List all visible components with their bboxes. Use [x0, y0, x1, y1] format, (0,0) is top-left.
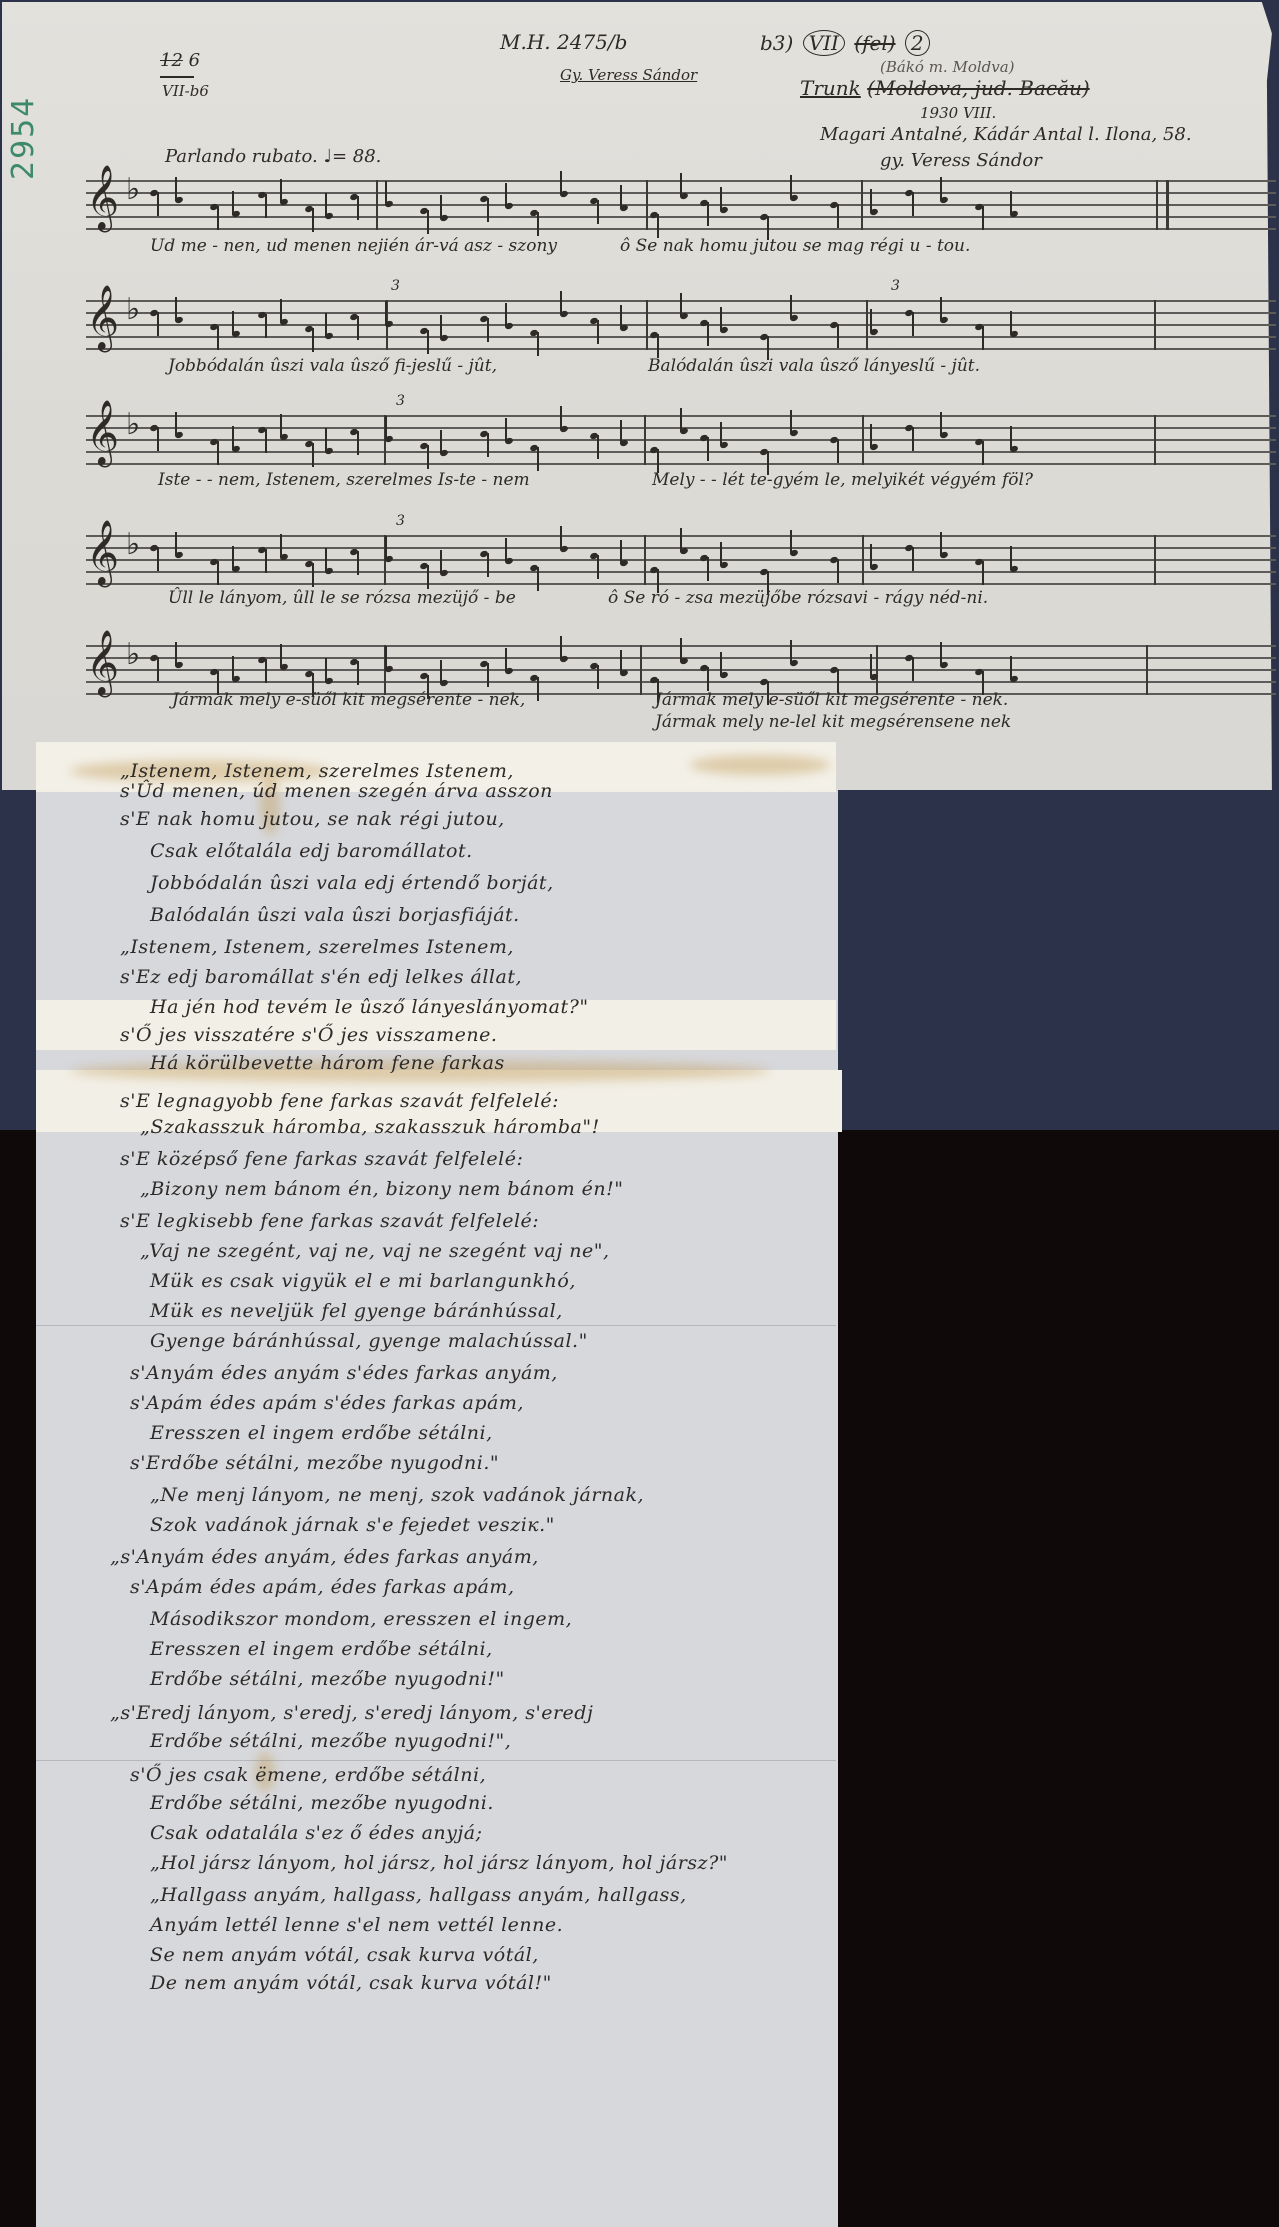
note-stem [217, 441, 219, 465]
note-stem [982, 326, 984, 350]
tempo: Parlando rubato. [165, 146, 318, 167]
note-stem [385, 646, 387, 670]
note-stem [537, 212, 539, 236]
note-stem [385, 416, 387, 440]
flat-key-signature-icon: ♭ [126, 637, 140, 672]
treble-clef-icon: 𝄞 [86, 525, 119, 581]
note-stem [707, 557, 709, 581]
note-stem [982, 671, 984, 695]
note-stem [912, 312, 914, 336]
note-stem [767, 571, 769, 595]
note-stem [487, 663, 489, 687]
note-stem [837, 204, 839, 228]
place-struck: (Moldova, jud. Bacău) [867, 76, 1090, 100]
class-prefix: b3) [760, 31, 793, 55]
flat-key-signature-icon: ♭ [126, 407, 140, 442]
note-stem [312, 208, 314, 232]
note-stem [982, 441, 984, 465]
note-stem [357, 316, 359, 340]
note-stem [280, 299, 282, 323]
ballad-line: s'E nak homu jutou, se nak régi jutou, [120, 808, 505, 830]
staff-2-lyrics-right: Balódalán ûszi vala ûsző lányeslű - jût. [648, 356, 980, 376]
note-stem [217, 671, 219, 695]
ballad-line: s'E legkisebb fene farkas szavát felfele… [120, 1210, 539, 1232]
note-stem [175, 532, 177, 556]
treble-clef-icon: 𝄞 [86, 170, 119, 226]
note-stem [837, 324, 839, 348]
note-stem [175, 177, 177, 201]
place-correction: (Bákó m. Moldva) [880, 58, 1015, 76]
note-stem [427, 565, 429, 589]
note-stem [537, 332, 539, 356]
flat-key-signature-icon: ♭ [126, 527, 140, 562]
classification: b3) VII (fel) 2 [760, 30, 933, 56]
ballad-line: s'Apám édes apám s'édes farkas apám, [130, 1392, 524, 1414]
note-stem [175, 642, 177, 666]
note-stem [385, 536, 387, 560]
note-stem [157, 312, 159, 336]
archive-id: M.H. 2475/b [500, 30, 627, 54]
note-stem [312, 328, 314, 352]
triplet-mark: 3 [396, 513, 405, 529]
note-stem [487, 318, 489, 342]
note-stem [440, 430, 442, 454]
ballad-line: „Hol jársz lányom, hol jársz, hol jársz … [150, 1852, 728, 1874]
ballad-line: „s'Eredj lányom, s'eredj, s'eredj lányom… [110, 1702, 593, 1724]
note-stem [537, 567, 539, 591]
class-struck: (fel) [854, 31, 895, 55]
note-stem [870, 424, 872, 448]
staff-3-lyrics-left: Iste - - nem, Istenem, szerelmes Is-te -… [158, 470, 530, 490]
ballad-line: s'Erdőbe sétálni, mezőbe nyugodni." [130, 1452, 499, 1474]
staff-4-lyrics-left: Ûll le lányom, ûll le se rózsa mezüjő - … [168, 588, 516, 608]
note-stem [505, 183, 507, 207]
note-stem [707, 202, 709, 226]
ballad-line: „Szakasszuk háromba, szakasszuk háromba"… [140, 1116, 600, 1138]
ballad-line: Mük es neveljük fel gyenge báránhússal, [150, 1300, 563, 1322]
metronome: ♩= 88. [323, 146, 381, 167]
note-stem [265, 549, 267, 573]
staff-5-lyrics-right-alt: Jármak mely ne-lel kit megsérensene nek [655, 712, 1011, 732]
note-stem [720, 307, 722, 331]
note-stem [597, 200, 599, 224]
class-number-circled: 2 [905, 30, 930, 56]
note-stem [560, 526, 562, 550]
note-stem [232, 426, 234, 450]
note-stem [217, 326, 219, 350]
note-stem [385, 181, 387, 205]
note-stem [312, 443, 314, 467]
ballad-line: s'E legnagyobb fene farkas szavát felfel… [120, 1090, 559, 1112]
staff-4-lyrics-right: ô Se ró - zsa mezüjőbe rózsavi - rágy né… [608, 588, 988, 608]
note-stem [487, 433, 489, 457]
note-stem [280, 179, 282, 203]
note-stem [837, 439, 839, 463]
note-stem [707, 437, 709, 461]
note-stem [767, 681, 769, 705]
note-stem [440, 195, 442, 219]
catalog-fraction-top: 12 6 [160, 50, 200, 71]
note-stem [357, 661, 359, 685]
note-stem [357, 196, 359, 220]
note-stem [560, 406, 562, 430]
note-stem [505, 418, 507, 442]
collector-note: Gy. Veress Sándor [560, 66, 697, 84]
ballad-line: „s'Anyám édes anyám, édes farkas anyám, [110, 1546, 539, 1568]
note-stem [767, 216, 769, 240]
ballad-line: „Vaj ne szegént, vaj ne, vaj ne szegént … [140, 1240, 610, 1262]
note-stem [157, 657, 159, 681]
note-stem [505, 648, 507, 672]
catalog-fraction-bottom: VII-b6 [162, 82, 209, 100]
note-stem [720, 187, 722, 211]
ballad-line: s'Ő jes visszatére s'Ő jes visszamene. [120, 1024, 497, 1046]
note-stem [657, 569, 659, 593]
ballad-line: Erdőbe sétálni, mezőbe nyugodni. [150, 1792, 494, 1814]
tempo-marking: Parlando rubato. ♩= 88. [165, 146, 381, 167]
note-stem [280, 414, 282, 438]
singer: Magari Antalné, Kádár Antal l. Ilona, 58… [820, 124, 1192, 145]
note-stem [657, 214, 659, 238]
stain [690, 755, 830, 775]
note-stem [175, 412, 177, 436]
note-stem [620, 305, 622, 329]
note-stem [597, 555, 599, 579]
note-stem [537, 677, 539, 701]
note-stem [357, 551, 359, 575]
note-stem [427, 330, 429, 354]
note-stem [707, 322, 709, 346]
note-stem [232, 191, 234, 215]
ballad-line: Ha jén hod tevém le ûsző lányeslányomat?… [150, 996, 589, 1018]
ballad-line: s'Apám édes apám, édes farkas apám, [130, 1576, 514, 1598]
fraction-bar [160, 76, 194, 78]
note-stem [325, 658, 327, 682]
staff-2-lyrics-left: Jobbódalán ûszi vala ûsző fi-jeslű - jût… [168, 356, 497, 376]
note-stem [232, 546, 234, 570]
note-stem [560, 171, 562, 195]
ballad-line: „Istenem, Istenem, szerelmes Istenem, [120, 936, 514, 958]
note-stem [870, 309, 872, 333]
note-stem [427, 445, 429, 469]
note-stem [157, 427, 159, 451]
note-stem [265, 659, 267, 683]
note-stem [440, 660, 442, 684]
note-stem [280, 534, 282, 558]
note-stem [217, 206, 219, 230]
ballad-line: Eresszen el ingem erdőbe sétálni, [150, 1422, 493, 1444]
note-stem [597, 320, 599, 344]
treble-clef-icon: 𝄞 [86, 405, 119, 461]
ballad-line: Erdőbe sétálni, mezőbe nyugodni!" [150, 1668, 505, 1690]
note-stem [1010, 191, 1012, 215]
ballad-line: Há körülbevette három fene farkas [150, 1052, 505, 1074]
note-stem [790, 175, 792, 199]
note-stem [720, 652, 722, 676]
note-stem [487, 553, 489, 577]
note-stem [325, 548, 327, 572]
note-stem [912, 192, 914, 216]
note-stem [427, 675, 429, 699]
note-stem [1010, 546, 1012, 570]
note-stem [620, 420, 622, 444]
note-stem [870, 189, 872, 213]
note-stem [505, 538, 507, 562]
note-stem [597, 665, 599, 689]
ballad-line: Gyenge báránhússal, gyenge malachússal." [150, 1330, 588, 1352]
note-stem [790, 640, 792, 664]
ballad-line: Eresszen el ingem erdőbe sétálni, [150, 1638, 493, 1660]
note-stem [487, 198, 489, 222]
triplet-mark: 3 [891, 278, 900, 294]
ballad-line: Anyám lettél lenne s'el nem vettél lenne… [150, 1914, 563, 1936]
fold-line [36, 1760, 836, 1761]
catalog-fraction-struck: 12 [160, 50, 183, 71]
note-stem [680, 173, 682, 197]
treble-clef-icon: 𝄞 [86, 635, 119, 691]
staff-1-lyrics-left: Ud me - nen, ud menen nejién ár-vá asz -… [150, 236, 557, 256]
note-stem [720, 422, 722, 446]
note-stem [440, 550, 442, 574]
ballad-line: Szok vadánok járnak s'e fejedet vesziк." [150, 1514, 555, 1536]
note-stem [912, 427, 914, 451]
ballad-line: Csak előtalála edj baromállatot. [150, 840, 473, 862]
ballad-line: De nem anyám vótál, csak kurva vótál!" [150, 1972, 552, 1994]
note-stem [325, 193, 327, 217]
note-stem [217, 561, 219, 585]
note-stem [1010, 656, 1012, 680]
ballad-line: „Ne menj lányom, ne menj, szok vadánok j… [150, 1484, 644, 1506]
staff-3-lyrics-right: Mely - - lét te-gyém le, melyikét végyém… [652, 470, 1033, 490]
margin-catalog-number: 2954 [6, 96, 41, 180]
note-stem [657, 334, 659, 358]
note-stem [767, 336, 769, 360]
note-stem [357, 431, 359, 455]
note-stem [870, 654, 872, 678]
collection-date: 1930 VIII. [920, 104, 996, 122]
ballad-line: „Istenem, Istenem, szerelmes Istenem, [120, 760, 514, 782]
ballad-line: s'Anyám édes anyám s'édes farkas anyám, [130, 1362, 558, 1384]
ballad-line: Balódalán ûszi vala ûszi borjasfiáját. [150, 904, 520, 926]
note-stem [940, 532, 942, 556]
triplet-mark: 3 [391, 278, 400, 294]
note-stem [870, 544, 872, 568]
note-stem [982, 561, 984, 585]
note-stem [620, 185, 622, 209]
note-stem [620, 650, 622, 674]
note-stem [232, 656, 234, 680]
ballad-line: Erdőbe sétálni, mezőbe nyugodni!", [150, 1730, 511, 1752]
note-stem [940, 642, 942, 666]
note-stem [790, 295, 792, 319]
note-stem [720, 542, 722, 566]
note-stem [560, 291, 562, 315]
ballad-line: „Bizony nem bánom én, bizony nem bánom é… [140, 1178, 623, 1200]
note-stem [620, 540, 622, 564]
note-stem [707, 667, 709, 691]
fold-line [36, 1325, 836, 1326]
note-stem [1010, 426, 1012, 450]
treble-clef-icon: 𝄞 [86, 290, 119, 346]
note-stem [912, 547, 914, 571]
class-roman-circled: VII [803, 30, 845, 56]
collector: gy. Veress Sándor [880, 150, 1042, 171]
note-stem [427, 210, 429, 234]
note-stem [232, 311, 234, 335]
note-stem [837, 669, 839, 693]
ballad-line: Mük es csak vigyük el e mi barlangunkhó, [150, 1270, 576, 1292]
note-stem [312, 673, 314, 697]
note-stem [175, 297, 177, 321]
ballad-line: Csak odatalála s'ez ő édes anyjá; [150, 1822, 483, 1844]
note-stem [265, 314, 267, 338]
ballad-line: s'Ez edj baromállat s'én edj lelkes álla… [120, 966, 522, 988]
note-stem [940, 412, 942, 436]
staff-5-lyrics-left: Jármak mely e-süől kit megsérente - nek, [172, 690, 525, 710]
ballad-line: Másodikszor mondom, eresszen el ingem, [150, 1608, 572, 1630]
note-stem [680, 638, 682, 662]
note-stem [385, 301, 387, 325]
note-stem [912, 657, 914, 681]
ballad-line: s'E középső fene farkas szavát felfelelé… [120, 1148, 523, 1170]
note-stem [680, 293, 682, 317]
staff-5-lyrics-right: Jármak mely e-süől kit megsérente - nek. [655, 690, 1008, 710]
ballad-line: Se nem anyám vótál, csak kurva vótál, [150, 1944, 539, 1966]
note-stem [1010, 311, 1012, 335]
note-stem [325, 428, 327, 452]
note-stem [265, 194, 267, 218]
note-stem [157, 547, 159, 571]
triplet-mark: 3 [396, 393, 405, 409]
note-stem [657, 449, 659, 473]
note-stem [325, 313, 327, 337]
note-stem [657, 679, 659, 703]
note-stem [440, 315, 442, 339]
note-stem [560, 636, 562, 660]
note-stem [790, 410, 792, 434]
staff-1-lyrics-right: ô Se nak homu jutou se mag régi u - tou. [620, 236, 970, 256]
note-stem [537, 447, 539, 471]
note-stem [157, 192, 159, 216]
note-stem [837, 559, 839, 583]
note-stem [280, 644, 282, 668]
note-stem [790, 530, 792, 554]
note-stem [265, 429, 267, 453]
ballad-line: „Hallgass anyám, hallgass, hallgass anyá… [150, 1884, 687, 1906]
note-stem [505, 303, 507, 327]
note-stem [767, 451, 769, 475]
note-stem [597, 435, 599, 459]
note-stem [940, 177, 942, 201]
ballad-line: Jobbódalán ûszi vala edj értendő borját, [150, 872, 554, 894]
note-stem [680, 528, 682, 552]
ballad-line: s'Ő jes csak ёmene, erdőbe sétálni, [130, 1764, 486, 1786]
flat-key-signature-icon: ♭ [126, 172, 140, 207]
flat-key-signature-icon: ♭ [126, 292, 140, 327]
place-line: Trunk (Moldova, jud. Bacău) [800, 76, 1090, 100]
catalog-fraction-value: 6 [189, 50, 200, 71]
ballad-line: s'Ûd menen, úd menen szegén árva asszon [120, 780, 553, 802]
place-name: Trunk [800, 76, 861, 100]
note-stem [312, 563, 314, 587]
note-stem [680, 408, 682, 432]
note-stem [940, 297, 942, 321]
note-stem [982, 206, 984, 230]
